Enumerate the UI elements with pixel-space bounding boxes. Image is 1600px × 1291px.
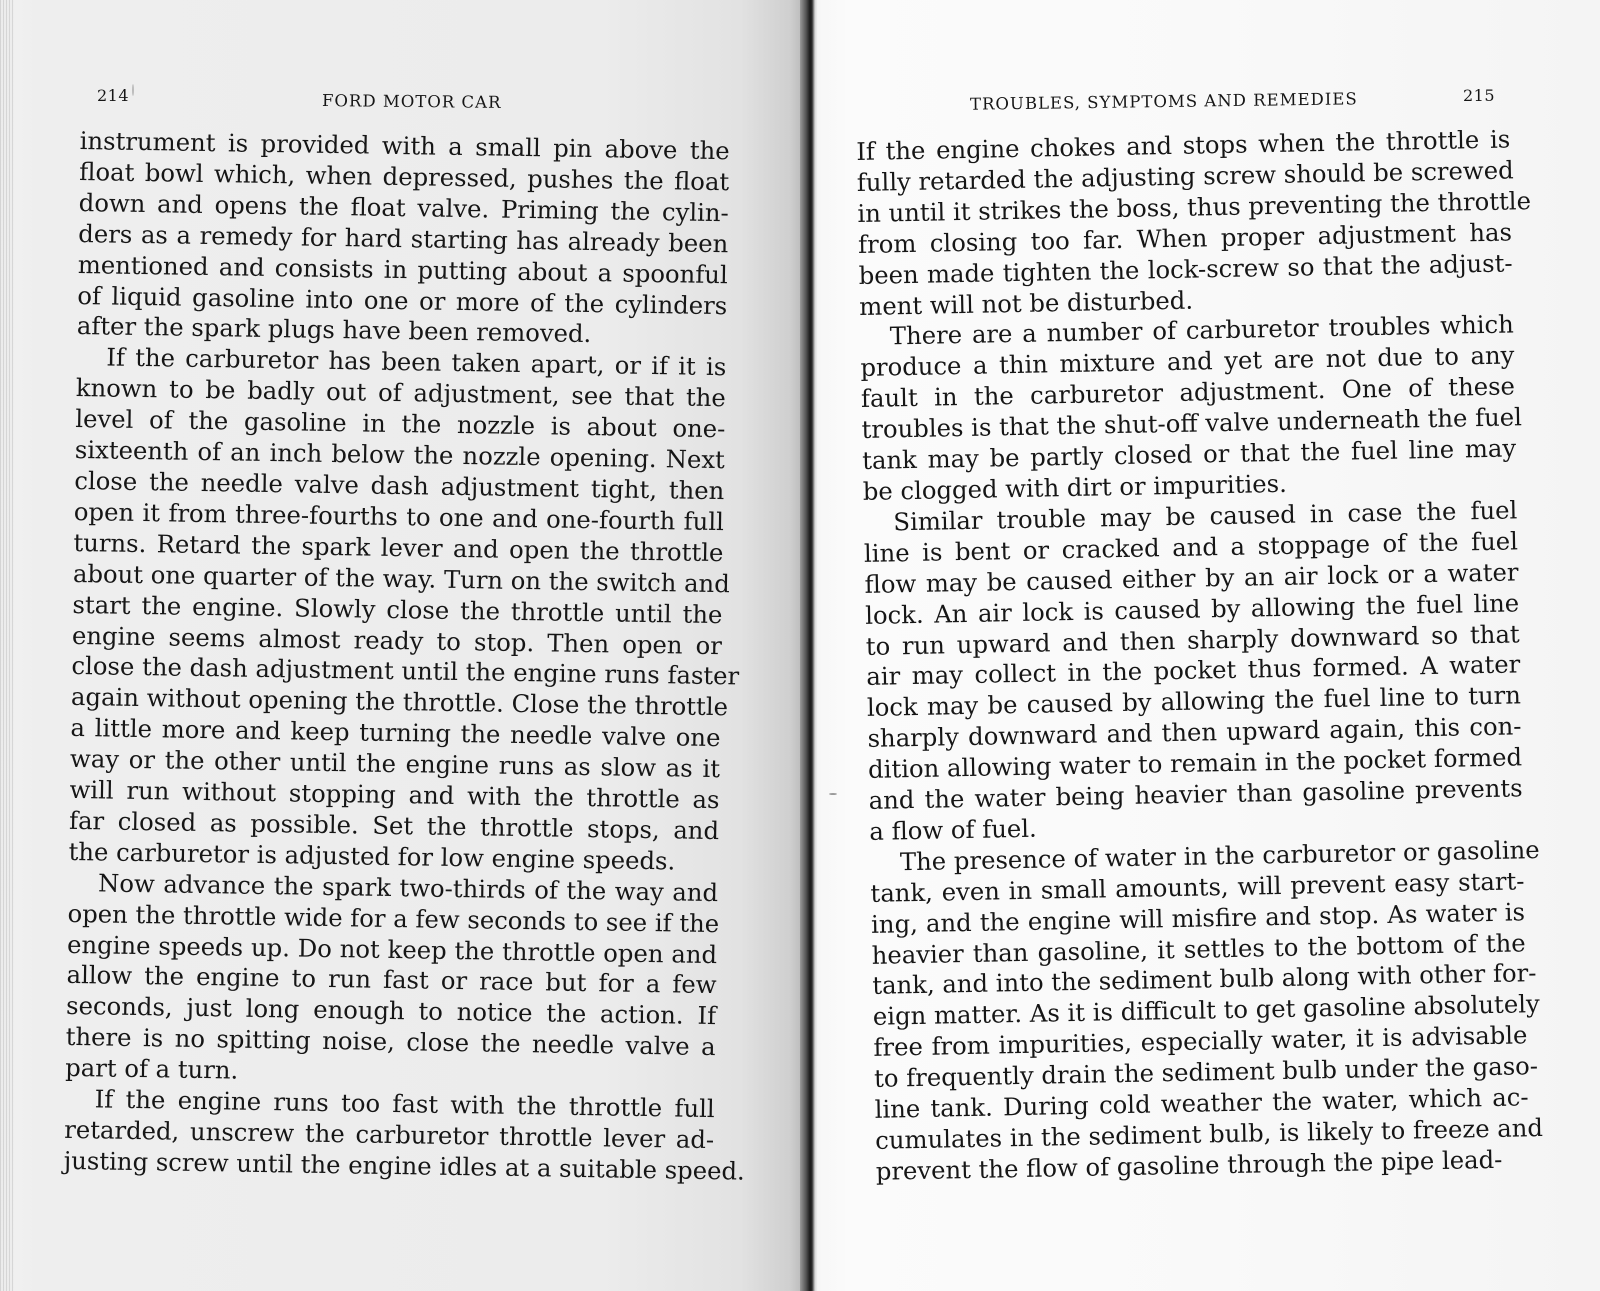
- binding-gutter: [800, 0, 818, 1291]
- paragraph: If the carburetor has been taken apart, …: [68, 342, 726, 878]
- page-number: 214: [97, 86, 129, 105]
- running-title: TROUBLES, SYMPTOMS AND REMEDIES: [970, 89, 1358, 113]
- paragraph: Similar trouble may be caused in case th…: [863, 495, 1523, 847]
- paragraph: If the engine chokes and stops when the …: [856, 124, 1513, 322]
- scan-speck: [132, 84, 134, 96]
- paragraph: If the engine runs too fast with the thr…: [63, 1084, 714, 1187]
- scan-speck: [829, 793, 837, 795]
- left-page-body: instrument is provided with a small pin …: [63, 126, 729, 1187]
- running-title: FORD MOTOR CAR: [322, 91, 502, 112]
- book-spread: 214 FORD MOTOR CAR instrument is provide…: [0, 0, 1600, 1291]
- paragraph: The presence of water in the carburetor …: [870, 835, 1530, 1187]
- paragraph: Now advance the spark two-thirds of the …: [65, 868, 718, 1095]
- left-page-header: 214 FORD MOTOR CAR: [0, 86, 808, 116]
- paragraph: instrument is provided with a small pin …: [77, 126, 730, 353]
- page-edge-lines: [0, 0, 14, 1291]
- paragraph: There are a number of carburetor trouble…: [860, 310, 1517, 508]
- right-page: TROUBLES, SYMPTOMS AND REMEDIES 215 If t…: [818, 0, 1600, 1291]
- left-page: 214 FORD MOTOR CAR instrument is provide…: [0, 0, 808, 1291]
- scan-speck: [1340, 1160, 1343, 1163]
- page-number: 215: [1463, 86, 1495, 105]
- right-page-body: If the engine chokes and stops when the …: [856, 124, 1530, 1187]
- right-page-header: TROUBLES, SYMPTOMS AND REMEDIES 215: [818, 88, 1600, 118]
